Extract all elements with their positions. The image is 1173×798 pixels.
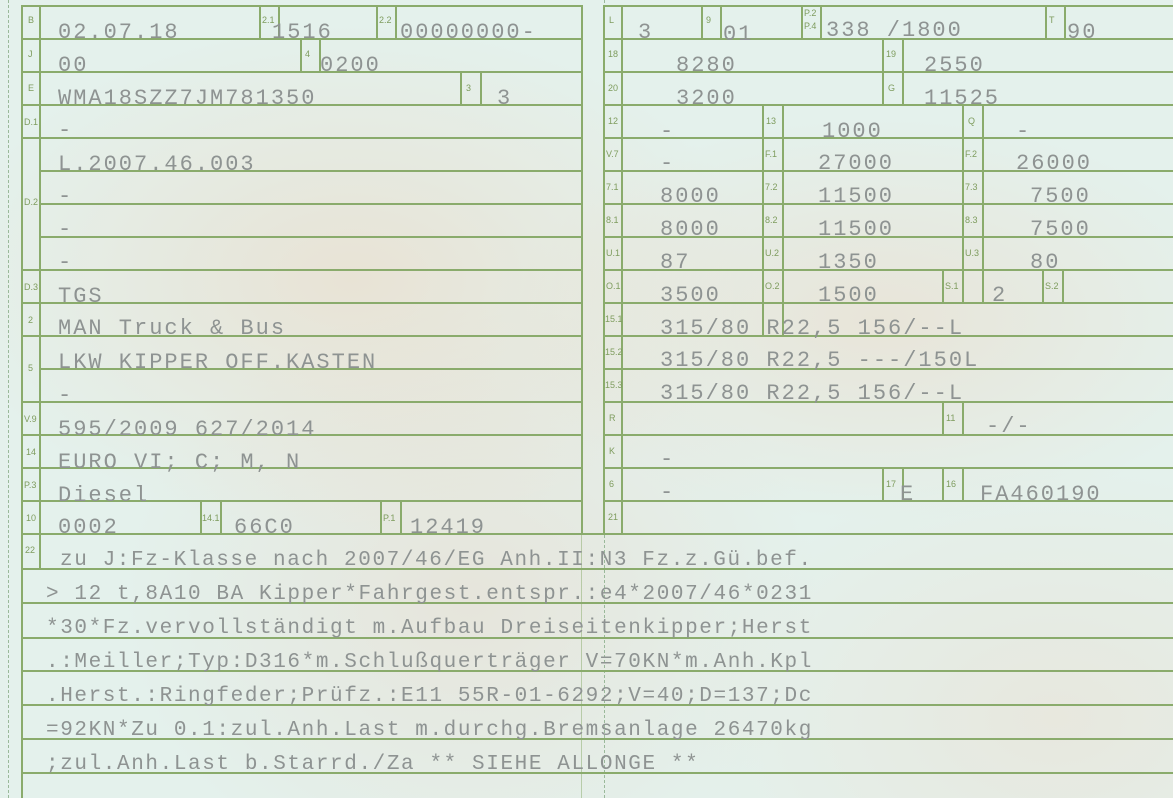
field-8-2-axle-load-2: 11500 [818,219,894,241]
field-label-Q: Q [968,117,975,126]
field-label-S2: S.2 [1045,282,1059,291]
field-label-7-1: 7.1 [606,183,619,192]
field-19-width: 2550 [924,55,985,77]
field-label-F1: F.1 [765,150,777,159]
field-7-2-axle-load-2: 11500 [818,186,894,208]
field-label-15-2: 15.2 [605,348,623,357]
field-12-tank-volume: - [660,121,675,143]
field-7-1-axle-load-1: 8000 [660,186,721,208]
field-U2-rpm: 1350 [818,252,879,274]
field-label-S1: S.1 [945,282,959,291]
remarks-line: *30*Fz.vervollständigt m.Aufbau Dreiseit… [46,618,813,639]
field-label-6: 6 [609,480,614,489]
field-O2-unbraked-trailer: 1500 [818,285,879,307]
field-label-10: 10 [26,514,36,523]
field-K-type-approval: - [660,449,675,471]
field-20-height: 3200 [676,88,737,110]
field-label-7-2: 7.2 [765,183,778,192]
remarks-line: ;zul.Anh.Last b.Starrd./Za ** SIEHE ALLO… [46,754,699,775]
margin-perforation [8,0,9,798]
field-18-length: 8280 [676,55,737,77]
field-L-axles: 3 [638,22,653,44]
field-label-4: 4 [305,50,310,59]
field-label-11: 11 [946,414,955,423]
field-label-D1: D.1 [24,118,38,127]
field-label-K: K [609,447,615,456]
field-J-vehicle-class: 00 [58,55,88,77]
field-2-1-manufacturer-code: 1516 [272,22,333,44]
field-3-check-digit: 3 [497,88,512,110]
field-10-code: 0002 [58,517,119,539]
field-6-approval-date: - [660,482,675,504]
field-17-code: E [900,484,915,506]
field-15-1-tyres-axle-1: 315/80 R22,5 156/--L [660,318,964,340]
field-P2P4-power-rpm: 338 /1800 [826,20,963,42]
field-label-D3: D.3 [24,283,38,292]
field-13-support-load: 1000 [822,121,883,143]
field-label-T: T [1049,16,1055,25]
field-D1-approval: L.2007.46.003 [58,154,256,176]
field-P1-displacement: 12419 [410,517,486,539]
field-label-L: L [609,16,614,25]
field-label-U3: U.3 [965,249,979,258]
field-F1-max-mass: 27000 [818,153,894,175]
field-V9-emission-standard: 595/2009 627/2014 [58,419,316,441]
field-14-emission-class: EURO VI; C; M, N [58,452,301,474]
field-U1-noise-stationary: 87 [660,252,690,274]
field-label-V7: V.7 [606,150,619,159]
remarks-line: .Herst.:Ringfeder;Prüfz.:E11 55R-01-6292… [46,686,813,707]
field-label-17: 17 [886,480,896,489]
field-label-U2: U.2 [765,249,779,258]
field-V7-co2: - [660,153,675,175]
field-label-O1: O.1 [606,282,621,291]
field-label-P4: P.4 [804,22,816,31]
field-label-3: 3 [466,84,471,93]
field-D1-make: - [58,120,73,142]
field-5-vehicle-type: LKW KIPPER OFF.KASTEN [58,352,377,374]
field-2-manufacturer: MAN Truck & Bus [58,318,286,340]
field-label-U1: U.1 [606,249,620,258]
field-5-extra: - [58,385,73,407]
field-16-document-number: FA460190 [980,484,1102,506]
field-label-21: 21 [608,513,618,522]
field-label-P3: P.3 [24,481,36,490]
field-8-1-axle-load-1: 8000 [660,219,721,241]
field-label-5: 5 [28,364,33,373]
field-B-first-registration: 02.07.18 [58,22,180,44]
field-label-16: 16 [946,480,956,489]
field-E-vin: WMA18SZZ7JM781350 [58,88,316,110]
remarks-line: .:Meiller;Typ:D316*m.Schlußquerträger V=… [46,652,813,673]
field-label-7-3: 7.3 [965,183,978,192]
field-11-color-code: -/- [986,416,1032,438]
field-label-E: E [28,84,34,93]
field-D2-variant: - [58,186,73,208]
field-S1-seats: 2 [992,285,1007,307]
field-Q-power-weight: - [1016,121,1031,143]
field-D2-extra: - [58,252,73,274]
field-F2-permitted-mass: 26000 [1016,153,1092,175]
field-label-P2: P.2 [804,9,816,18]
remarks-line: > 12 t,8A10 BA Kipper*Fahrgest.entspr.:e… [46,584,813,605]
field-label-22: 22 [25,546,35,555]
remarks-line: =92KN*Zu 0.1:zul.Anh.Last m.durchg.Brems… [46,720,813,741]
field-O1-braked-trailer: 3500 [660,285,721,307]
remarks-line: zu J:Fz-Klasse nach 2007/46/EG Anh.II:N3… [60,550,813,571]
field-label-2-2: 2.2 [379,16,392,25]
field-label-9: 9 [706,16,711,25]
field-7-3-axle-load-3: 7500 [1030,186,1091,208]
field-label-O2: O.2 [765,282,780,291]
field-label-8-1: 8.1 [606,216,619,225]
field-D2-version: - [58,219,73,241]
field-D3-commercial-name: TGS [58,286,104,308]
field-T-max-speed: 90 [1067,22,1097,44]
field-label-19: 19 [886,50,896,59]
field-label-14: 14 [26,448,36,457]
field-label-R: R [609,414,616,423]
field-label-J: J [28,50,33,59]
field-label-20: 20 [608,84,618,93]
field-U3-noise-driving: 80 [1030,252,1060,274]
field-15-3-tyres-axle-3: 315/80 R22,5 156/--L [660,383,964,405]
field-label-15-3: 15.3 [605,381,623,390]
field-label-D2: D.2 [24,198,38,207]
field-4-body-type: 0200 [320,55,381,77]
field-label-8-3: 8.3 [965,216,978,225]
field-label-15-1: 15.1 [605,315,623,324]
field-label-14-1: 14.1 [202,514,220,523]
field-label-18: 18 [608,50,618,59]
field-label-B: B [28,16,34,25]
field-9-code: 01 [723,24,753,46]
field-label-G: G [888,84,895,93]
field-label-F2: F.2 [965,150,977,159]
field-label-8-2: 8.2 [765,216,778,225]
field-G-empty-mass: 11525 [924,88,1000,110]
field-P3-fuel: Diesel [58,485,149,507]
field-label-P1: P.1 [383,514,395,523]
field-14-1-code: 66C0 [234,517,295,539]
field-8-3-axle-load-3: 7500 [1030,219,1091,241]
field-2-2-type-code: 00000000- [400,22,537,44]
field-label-12: 12 [608,117,618,126]
field-label-2: 2 [28,316,33,325]
field-15-2-tyres-axle-2: 315/80 R22,5 ---/150L [660,350,979,372]
field-label-13: 13 [766,117,776,126]
field-label-V9: V.9 [24,415,37,424]
